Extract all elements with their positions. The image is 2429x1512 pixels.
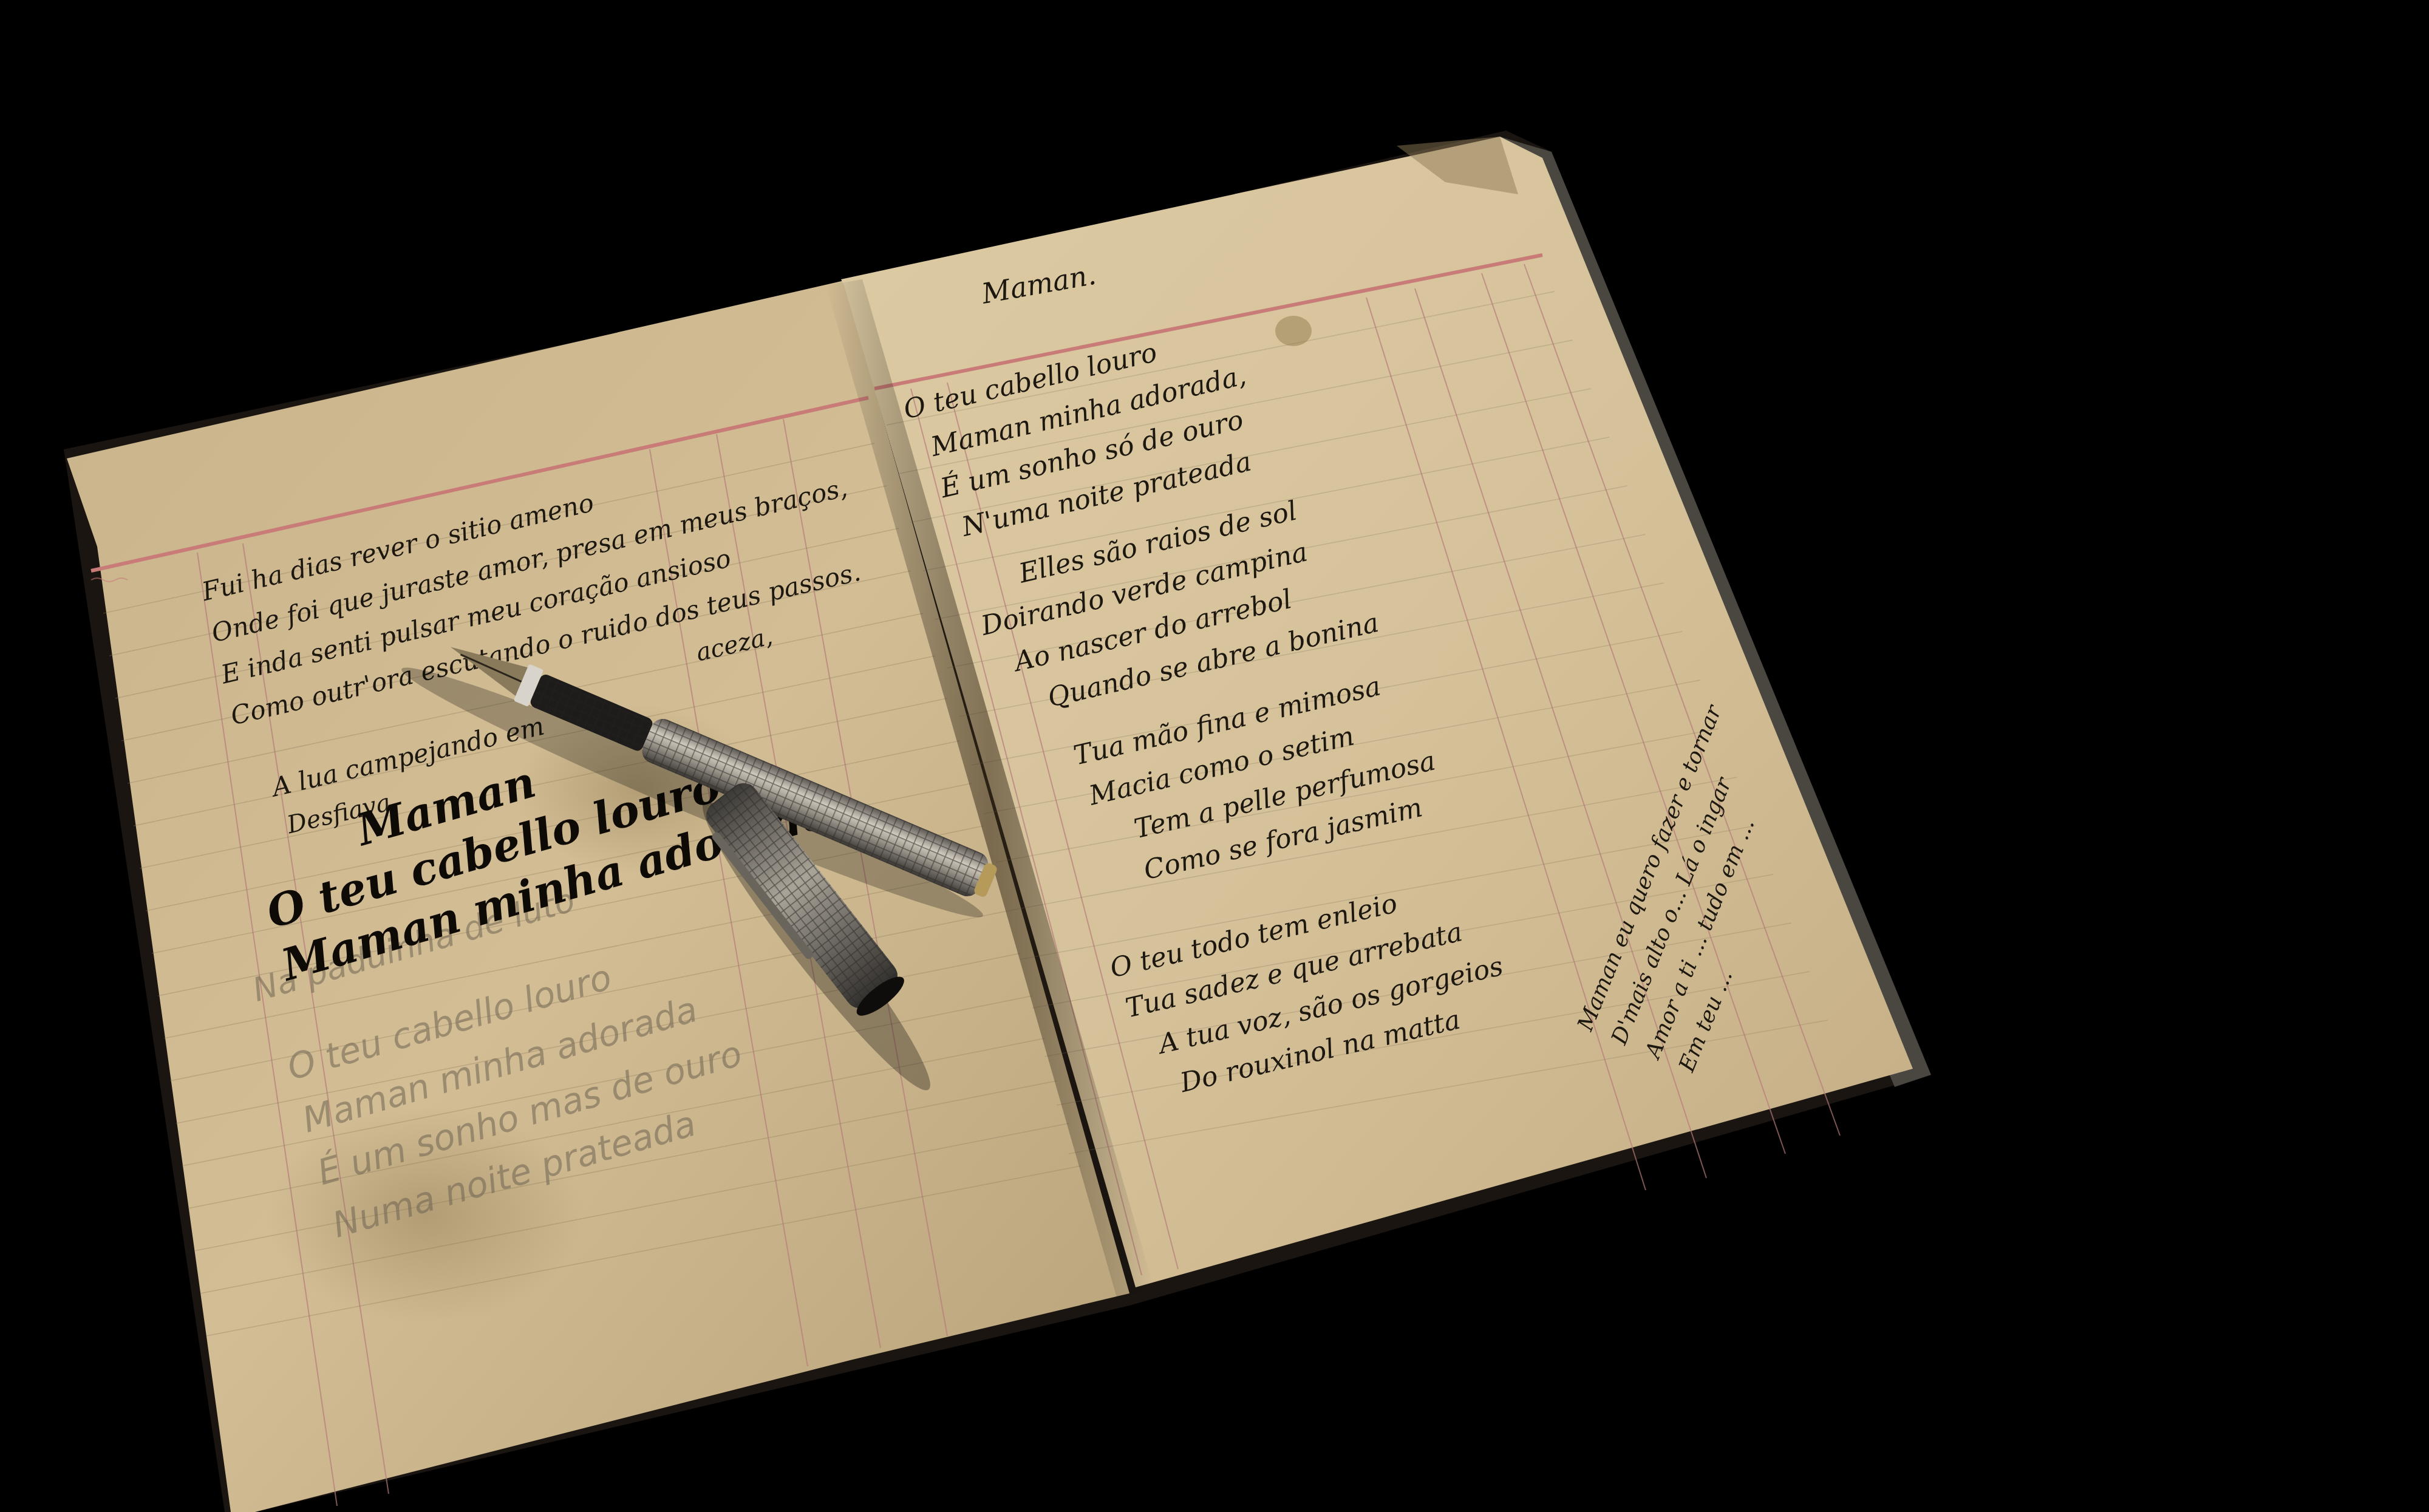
photo-scene: Fui ha dias rever o sitio ameno Onde foi… <box>0 0 2429 1512</box>
notebook-photo: Fui ha dias rever o sitio ameno Onde foi… <box>0 0 2429 1512</box>
